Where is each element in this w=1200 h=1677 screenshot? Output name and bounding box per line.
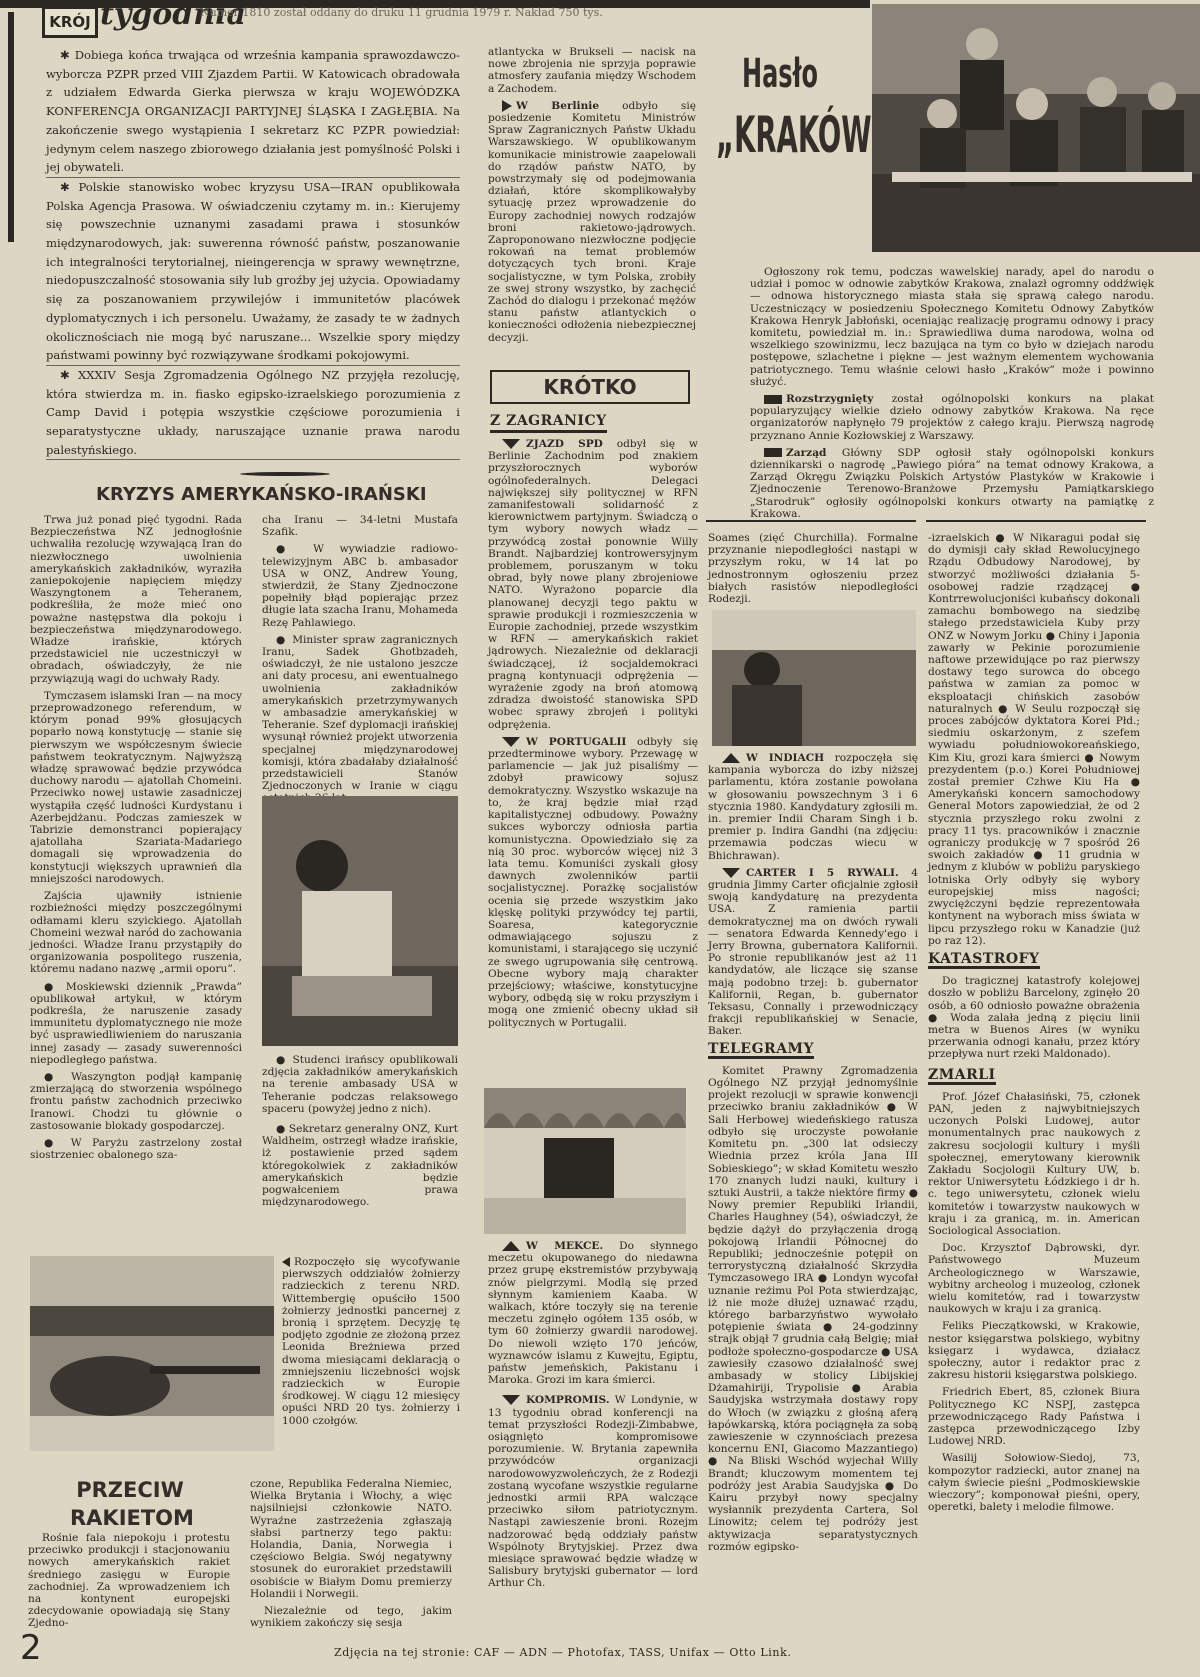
kompromis-lead: KOMPROMIS.	[526, 1394, 610, 1406]
kompromis-text: W Londynie, w 13 tygodniu obrad konferen…	[488, 1394, 698, 1589]
krakow-headline-2: „KRAKÓW“	[716, 108, 890, 162]
iran-paragraph: ● W wywiadzie radiowo-telewizyjnym ABC b…	[262, 543, 458, 628]
issue-note: Numer 1810 został oddany do druku 11 gru…	[200, 6, 603, 19]
triangle-up-icon	[722, 753, 740, 763]
iran-paragraph: ● Waszyngton podjął kampanię zmierzającą…	[30, 1071, 242, 1132]
lead-item-pzpr: ✱ Dobiega końca trwająca od września kam…	[46, 46, 460, 178]
spd-text: odbył się w Berlinie Zachodnim pod znaki…	[488, 438, 698, 731]
meeting-photo-image	[872, 4, 1200, 252]
zmarli-heading: ZMARLI	[928, 1069, 996, 1085]
mekka-text: Do słynnego meczetu okupowanego do nieda…	[488, 1240, 698, 1386]
lead-item-pap: ✱ Polskie stanowisko wobec kryzysu USA—I…	[46, 178, 460, 366]
iran-paragraph: ● Minister spraw zagranicznych Iranu, Sa…	[262, 634, 458, 805]
photo-credits: Zdjęcia na tej stronie: CAF — ADN — Phot…	[334, 1646, 791, 1659]
rakiety-headline: PRZECIW RAKIETOM	[70, 1476, 190, 1532]
iran-paragraph: Trwa już ponad pięć tygodni. Rada Bezpie…	[30, 514, 242, 685]
soames-text: Soames (zięć Churchilla). Formalne przyz…	[708, 532, 918, 605]
krotko-column-1: ZJAZD SPD odbył się w Berlinie Zachodnim…	[488, 438, 698, 1034]
berlin-text: odbyło się posiedzenie Komitetu Ministró…	[488, 100, 696, 344]
rakiety-text-3: Niezależnie od tego, jakim wynikiem zako…	[250, 1605, 452, 1629]
katastrofy-heading: KATASTROFY	[928, 953, 1040, 969]
krotko-column-3: -izraelskich ● W Nikaragui podał się do …	[928, 532, 1140, 1518]
square-bullet-icon	[764, 448, 782, 457]
katastrofy-text: Do tragicznej katastrofy kolejowej doszł…	[928, 975, 1140, 1060]
rakiety-column-2: czone, Republika Federalna Niemiec, Wiel…	[250, 1478, 452, 1634]
india-rally-photo	[712, 610, 916, 746]
krakow-article: Ogłoszony rok temu, podczas wawelskiej n…	[750, 266, 1154, 525]
hostage-photo	[262, 796, 458, 1046]
hostage-photo-image	[262, 796, 458, 1046]
telegramy-heading: TELEGRAMY	[708, 1043, 814, 1059]
krakow-p2-lead: Rozstrzygnięty	[786, 393, 873, 405]
obituary-item: Prof. Józef Chałasiński, 75, członek PAN…	[928, 1091, 1140, 1237]
z-zagranicy-heading: Z ZAGRANICY	[490, 413, 607, 433]
krakow-p1: Ogłoszony rok temu, podczas wawelskiej n…	[750, 266, 1154, 388]
column-rule	[926, 520, 1146, 522]
telegramy-text: Komitet Prawny Zgromadzenia Ogólnego NZ …	[708, 1065, 918, 1553]
mekka-lead: W MEKCE.	[526, 1240, 603, 1252]
nato-text: atlantycka w Brukseli — nacisk na nowe z…	[488, 46, 696, 95]
mecca-photo	[484, 1088, 686, 1234]
iran-paragraph: cha Iranu — 34-letni Mustafa Szafik.	[262, 514, 458, 538]
krotko-title: KRÓTKO	[543, 375, 636, 399]
mecca-photo-image	[484, 1088, 686, 1234]
z-zagranicy-heading-wrap: Z ZAGRANICY	[490, 410, 607, 433]
nrd-text: Rozpoczęło się wycofywanie pierwszych od…	[282, 1256, 460, 1427]
triangle-left-icon	[282, 1257, 290, 1267]
iran-paragraph: Tymczasem islamski Iran — na mocy przepr…	[30, 690, 242, 885]
lead-column: ✱ Dobiega końca trwająca od września kam…	[46, 46, 460, 460]
rakiety-headline-2: RAKIETOM	[70, 1504, 190, 1532]
headline-ornament	[240, 472, 330, 476]
iran-column-1: Trwa już ponad pięć tygodni. Rada Bezpie…	[30, 514, 242, 1166]
triangle-up-icon	[502, 1241, 520, 1251]
portugal-lead: W PORTUGALII	[526, 736, 626, 748]
berlin-lead: W Berlinie	[516, 100, 599, 112]
krotko-column-2: Soames (zięć Churchilla). Formalne przyz…	[708, 532, 918, 610]
iran-paragraph: ● W Paryżu zastrzelony został siostrzeni…	[30, 1137, 242, 1161]
triangle-down-icon	[502, 737, 520, 747]
nrd-item: Rozpoczęło się wycofywanie pierwszych od…	[282, 1256, 460, 1432]
masthead-logo: KRÓJ	[42, 6, 98, 38]
rakiety-headline-1: PRZECIW	[70, 1476, 190, 1504]
iran-paragraph: Zajścia ujawniły istnienie rozbieżności …	[30, 890, 242, 975]
india-lead: W INDIACH	[746, 752, 824, 764]
krakow-headline-1: Hasło	[742, 52, 782, 96]
india-photo-image	[712, 610, 916, 746]
india-text: rozpoczęła się kampania wyborcza do izby…	[708, 752, 918, 862]
carter-text: 4 grudnia Jimmy Carter oficjalnie zgłosi…	[708, 867, 918, 1038]
krotko-box: KRÓTKO	[490, 370, 690, 404]
portugal-text: odbyły się przedterminowe wybory. Przewa…	[488, 736, 698, 1029]
krakow-p3-lead: Zarząd	[786, 447, 826, 459]
column-rule	[706, 520, 916, 522]
iran-headline: KRYZYS AMERYKAŃSKO-IRAŃSKI	[96, 484, 427, 505]
margin-bar	[8, 12, 14, 242]
right-column-text: -izraelskich ● W Nikaragui podał się do …	[928, 532, 1140, 947]
triangle-down-icon	[502, 439, 520, 449]
rakiety-column-1: Rośnie fala niepokoju i protestu przeciw…	[28, 1532, 230, 1635]
obituary-item: Feliks Pieczątkowski, w Krakowie, nestor…	[928, 1320, 1140, 1381]
hostage-caption-block: ● Studenci irańscy opublikowali zdjęcia …	[262, 1054, 458, 1213]
carter-lead: CARTER I 5 RYWALI.	[746, 867, 899, 879]
square-bullet-icon	[764, 395, 782, 404]
triangle-down-icon	[502, 1395, 520, 1405]
arrow-right-icon	[502, 100, 512, 112]
nato-column: atlantycka w Brukseli — nacisk na nowe z…	[488, 46, 696, 349]
waldheim-item: ● Sekretarz generalny ONZ, Kurt Waldheim…	[262, 1123, 458, 1208]
tank-photo-image	[30, 1256, 274, 1451]
lead-item-un-session: ✱ XXXIV Sesja Zgromadzenia Ogólnego NZ p…	[46, 366, 460, 461]
krakow-meeting-photo	[872, 4, 1200, 252]
obituary-item: Wasilij Sołowiow-Siedoj, 73, kompozytor …	[928, 1452, 1140, 1513]
tank-photo	[30, 1256, 274, 1451]
rakiety-text-1: Rośnie fala niepokoju i protestu przeciw…	[28, 1532, 230, 1630]
krotko-column-2b: W INDIACH rozpoczęła się kampania wyborc…	[708, 752, 918, 1558]
obituary-item: Doc. Krzysztof Dąbrowski, dyr. Państwowe…	[928, 1242, 1140, 1315]
obituary-item: Friedrich Ebert, 85, członek Biura Polit…	[928, 1386, 1140, 1447]
hostage-photo-caption: ● Studenci irańscy opublikowali zdjęcia …	[262, 1054, 458, 1115]
rakiety-text-2: czone, Republika Federalna Niemiec, Wiel…	[250, 1478, 452, 1600]
krotko-column-1b: W MEKCE. Do słynnego meczetu okupowanego…	[488, 1240, 698, 1595]
triangle-down-icon	[722, 868, 740, 878]
page-number: 2	[20, 1628, 42, 1668]
spd-lead: ZJAZD SPD	[526, 438, 603, 450]
iran-column-2: cha Iranu — 34-letni Mustafa Szafik. ● W…	[262, 514, 458, 810]
iran-paragraph: ● Moskiewski dziennik „Prawda” opublikow…	[30, 981, 242, 1066]
